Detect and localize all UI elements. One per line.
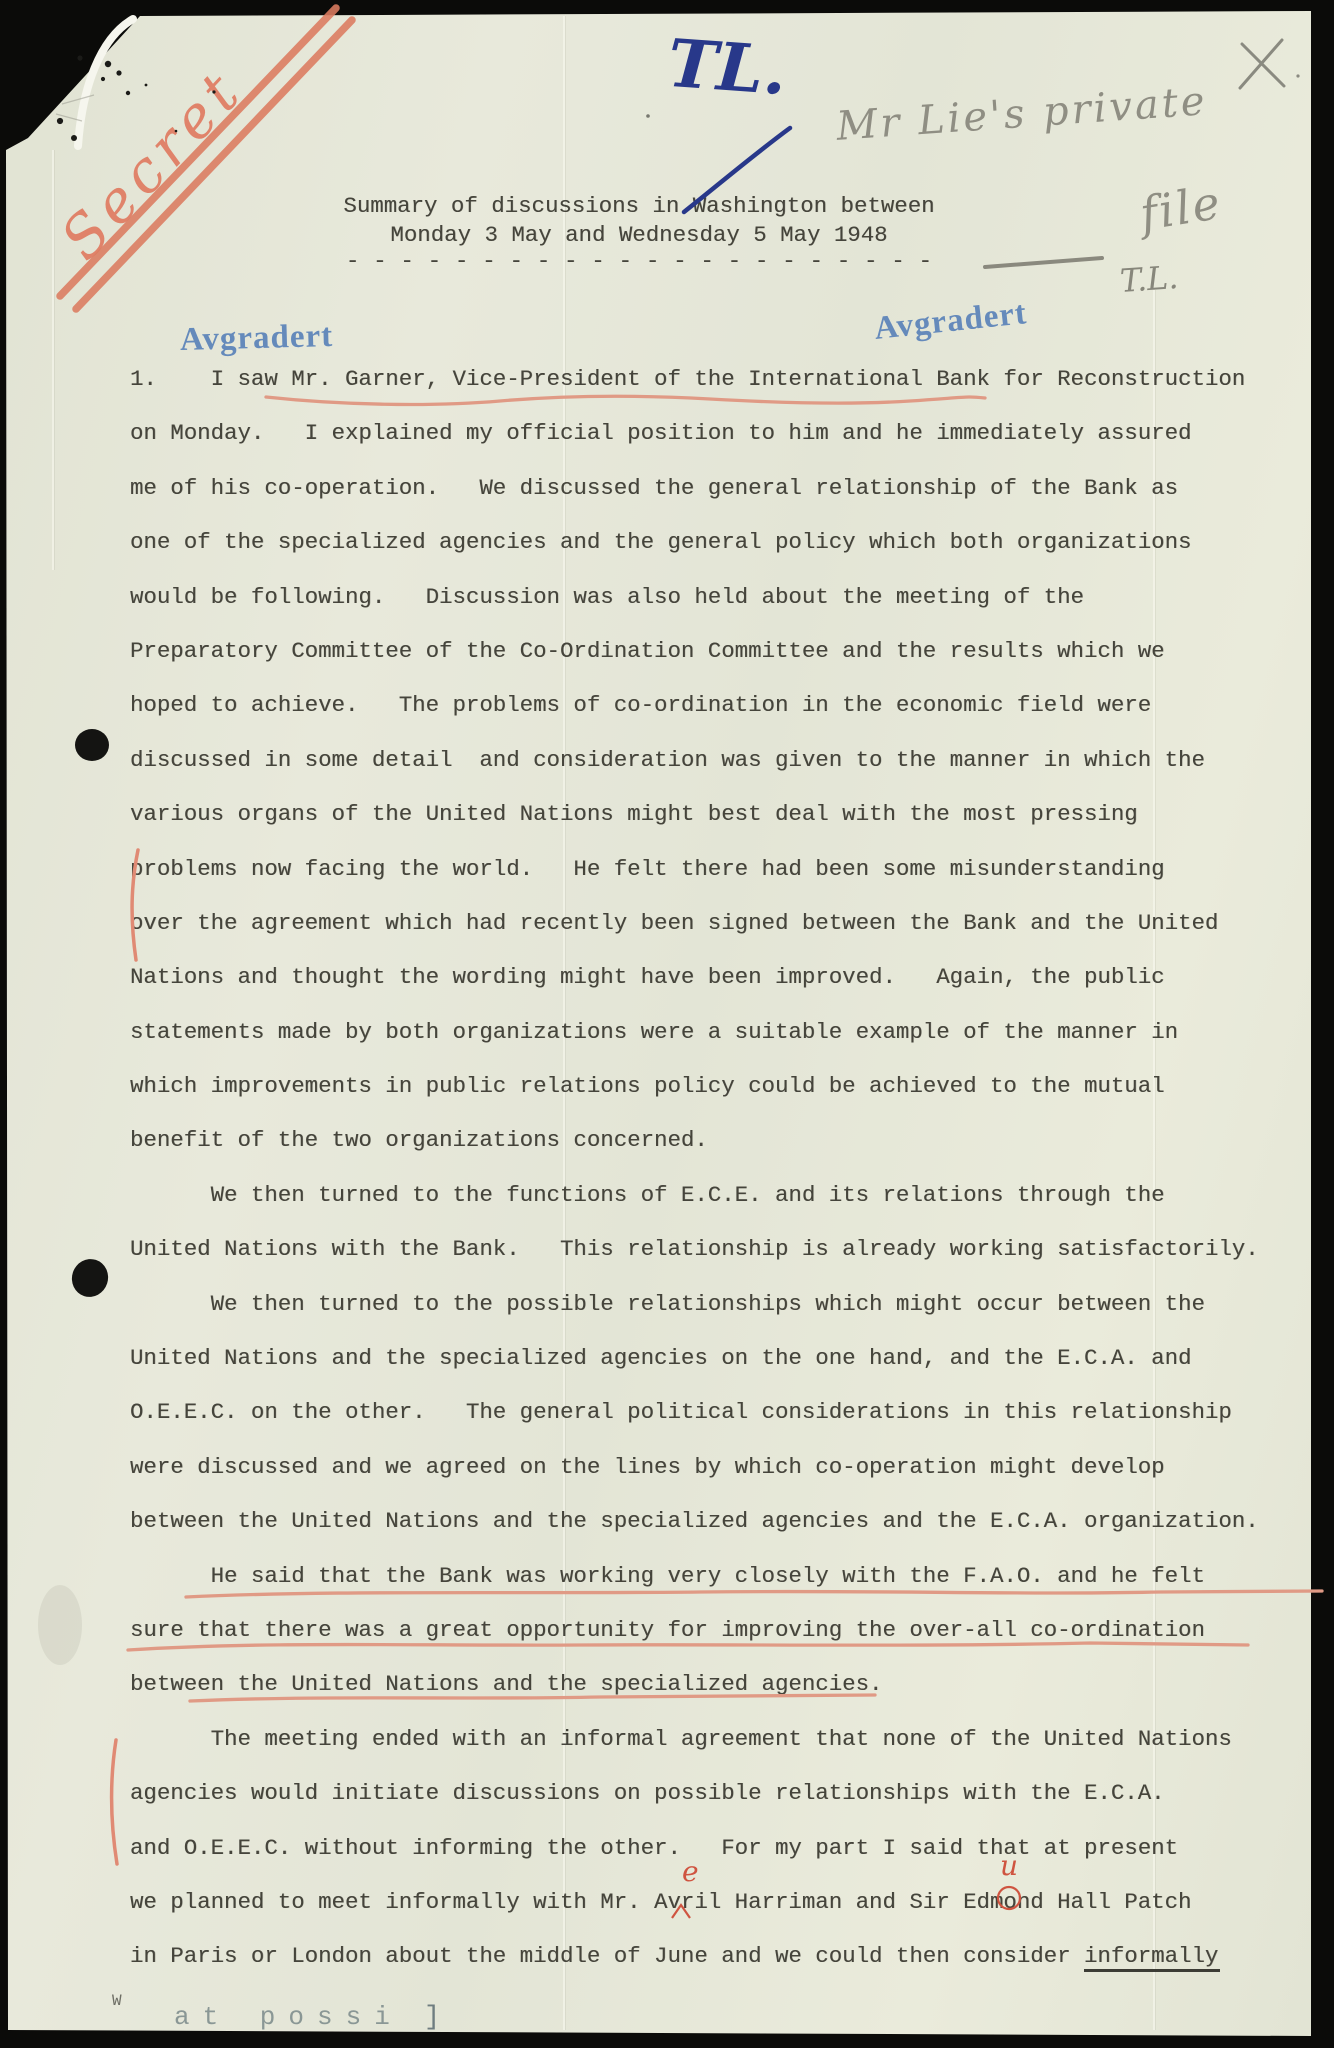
typed-line: were discussed and we agreed on the line… (130, 1440, 1290, 1494)
tl-monogram-signature: TL. (666, 28, 789, 106)
typed-line: United Nations with the Bank. This relat… (130, 1222, 1290, 1276)
typed-line: me of his co-operation. We discussed the… (130, 461, 1290, 515)
footer-fragment-w: W (112, 1992, 122, 2010)
typed-line: hoped to achieve. The problems of co-ord… (130, 678, 1290, 732)
correction-letter-u: u (1000, 1852, 1018, 1880)
typed-line: O.E.E.C. on the other. The general polit… (130, 1385, 1290, 1439)
typed-title-line2: Monday 3 May and Wednesday 5 May 1948 (289, 224, 989, 246)
typed-line: one of the specialized agencies and the … (130, 515, 1290, 569)
dashed-divider: - - - - - - - - - - - - - - - - - - - - … (289, 250, 989, 272)
pencil-note-line2: file (1137, 178, 1225, 238)
typed-line: would be following. Discussion was also … (130, 570, 1290, 624)
typed-line: on Monday. I explained my official posit… (130, 406, 1290, 460)
typed-line: between the United Nations and the speci… (130, 1657, 1290, 1711)
typed-line: We then turned to the functions of E.C.E… (130, 1168, 1290, 1222)
typed-line: between the United Nations and the speci… (130, 1494, 1290, 1548)
footer-fragment-bracket: ] (424, 2003, 440, 2033)
footer-fragment-text: at possi (174, 2002, 403, 2032)
typed-line: Nations and thought the wording might ha… (130, 950, 1290, 1004)
typed-line: problems now facing the world. He felt t… (130, 842, 1290, 896)
scanned-document-page: { "document": { "classification_handwrit… (0, 0, 1334, 2048)
typed-line: statements made by both organizations we… (130, 1005, 1290, 1059)
typed-line: United Nations and the specialized agenc… (130, 1331, 1290, 1385)
typed-title-line1: Summary of discussions in Washington bet… (289, 195, 989, 217)
typed-line: benefit of the two organizations concern… (130, 1113, 1290, 1167)
typed-line: He said that the Bank was working very c… (130, 1549, 1290, 1603)
typed-line: various organs of the United Nations mig… (130, 787, 1290, 841)
typed-line: 1. I saw Mr. Garner, Vice-President of t… (130, 352, 1290, 406)
typed-body: 1. I saw Mr. Garner, Vice-President of t… (130, 352, 1290, 1984)
typed-line: agencies would initiate discussions on p… (130, 1766, 1290, 1820)
typed-line: We then turned to the possible relations… (130, 1277, 1290, 1331)
pencil-initials: T.L. (1119, 260, 1179, 298)
typed-line: discussed in some detail and considerati… (130, 733, 1290, 787)
correction-letter-e: e (682, 1858, 699, 1886)
typed-line: sure that there was a great opportunity … (130, 1603, 1290, 1657)
typed-line: Preparatory Committee of the Co-Ordinati… (130, 624, 1290, 678)
typed-line: in Paris or London about the middle of J… (130, 1929, 1290, 1983)
typed-line: over the agreement which had recently be… (130, 896, 1290, 950)
typed-line: and O.E.E.C. without informing the other… (130, 1821, 1290, 1875)
typed-line: which improvements in public relations p… (130, 1059, 1290, 1113)
typed-line: we planned to meet informally with Mr. A… (130, 1875, 1290, 1929)
typed-line: The meeting ended with an informal agree… (130, 1712, 1290, 1766)
